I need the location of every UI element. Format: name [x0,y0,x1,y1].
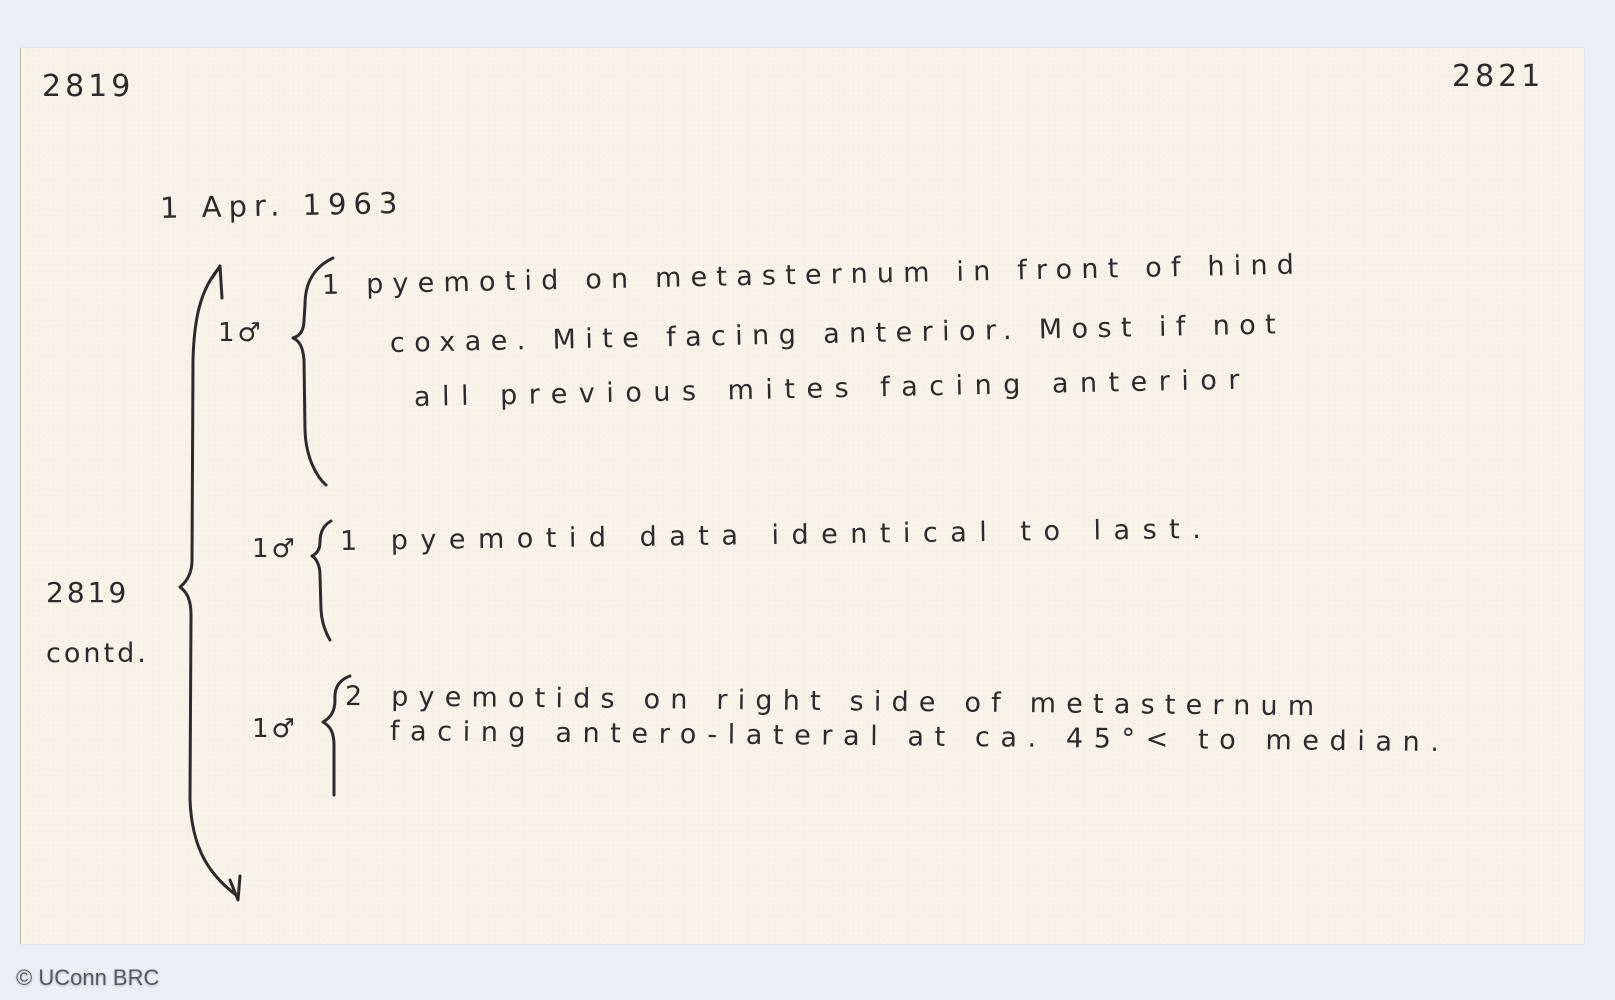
entry-3-specimen: 1♂ [252,716,298,742]
document-viewer: 2819 2821 1 Apr. 1963 2819 contd. 1♂ 1 p… [0,0,1615,1000]
entry-1-specimen: 1♂ [218,320,264,346]
index-card [21,48,1584,944]
margin-note-number: 2819 [46,579,129,607]
card-number-right: 2821 [1452,62,1544,92]
card-number-left: 2819 [42,72,134,102]
entry-2-specimen: 1♂ [252,536,298,562]
margin-note-contd: contd. [46,640,149,667]
entry-date: 1 Apr. 1963 [160,189,405,223]
copyright-notice: © UConn BRC [16,965,159,991]
